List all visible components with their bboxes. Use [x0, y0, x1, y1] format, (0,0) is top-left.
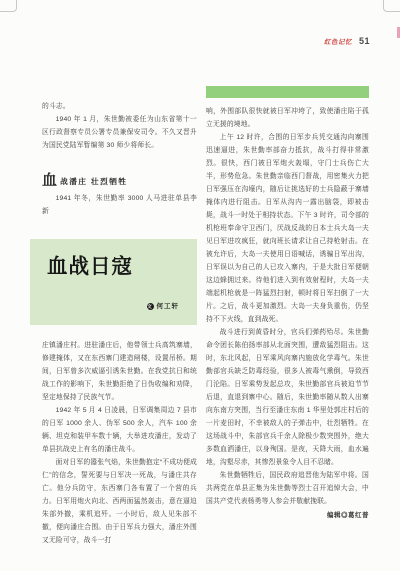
section-heading-text: 战潘庄 壮烈牺牲	[60, 176, 127, 187]
article-title: 血战日寇	[47, 256, 185, 278]
paragraph: 面对日军的嚣张气焰，朱世勤抱定“不成功便成仁”的信念，誓死要与日军决一死战，与潘…	[42, 456, 197, 547]
paragraph: 1941 年冬，朱世勤率 3000 人马进驻单县李新	[42, 192, 197, 218]
paragraph: 1942 年 5 月 4 日凌晨，日军调集周边 7 县市的日军 1000 余人、…	[42, 404, 197, 456]
left-column: 的斗志。 1940 年 1 月，朱世勤被委任为山东省第十一区行政督察专员公署专员…	[42, 86, 197, 547]
running-head: 红色记忆 51	[324, 36, 370, 46]
right-column: 响，外围部队很快就被日军冲垮了，致使潘庄陷于孤立无援的境地。 上午 12 时许，…	[206, 86, 369, 547]
column-accent-bar	[206, 86, 369, 98]
paragraph: 庄镇潘庄村。进驻潘庄后，他带领士兵高筑寨墙，修建掩体，又在东西寨门建造闸楼，设置…	[42, 339, 197, 404]
author-pen-icon: 文	[147, 303, 154, 310]
paragraph: 响，外围部队很快就被日军冲垮了，致使潘庄陷于孤立无援的境地。	[206, 105, 369, 131]
paragraph: 战斗进行到黄昏时分，官兵们弹药殆尽。朱世勤命令团长陈伯扬率部从北面突围，遭敌猛烈…	[206, 326, 369, 469]
crop-mark-top-left	[0, 0, 17, 12]
paragraph: 上午 12 时许，合围的日军步兵凭交通沟向寨围迅速逼进，朱世勤率部奋力抵抗，战斗…	[206, 131, 369, 326]
paragraph: 1940 年 1 月，朱世勤被委任为山东省第十一区行政督察专员公署专员兼保安司令…	[42, 113, 197, 152]
paragraph-continuation: 的斗志。	[42, 100, 197, 113]
byline: 文 何工轩	[147, 300, 180, 313]
paragraph: 朱世勤牺牲后，国民政府追晋他为陆军中将。国共两党在单县正集为朱世勤等烈士召开追悼…	[206, 469, 369, 508]
author-name: 何工轩	[157, 300, 180, 313]
article-body: 的斗志。 1940 年 1 月，朱世勤被委任为山东省第十一区行政督察专员公署专员…	[42, 86, 369, 547]
article-title-box: 血战日寇 文 何工轩	[30, 239, 197, 325]
crop-mark-top-right	[383, 0, 400, 12]
page-number: 51	[359, 36, 370, 46]
section-heading: 血 战潘庄 壮烈牺牲	[42, 174, 197, 187]
magazine-page: 红色记忆 51 的斗志。 1940 年 1 月，朱世勤被委任为山东省第十一区行政…	[0, 0, 400, 571]
section-label: 红色记忆	[324, 37, 352, 46]
editor-credit: 编辑◎葛红普	[206, 509, 369, 522]
section-heading-dropcap: 血	[42, 174, 57, 187]
